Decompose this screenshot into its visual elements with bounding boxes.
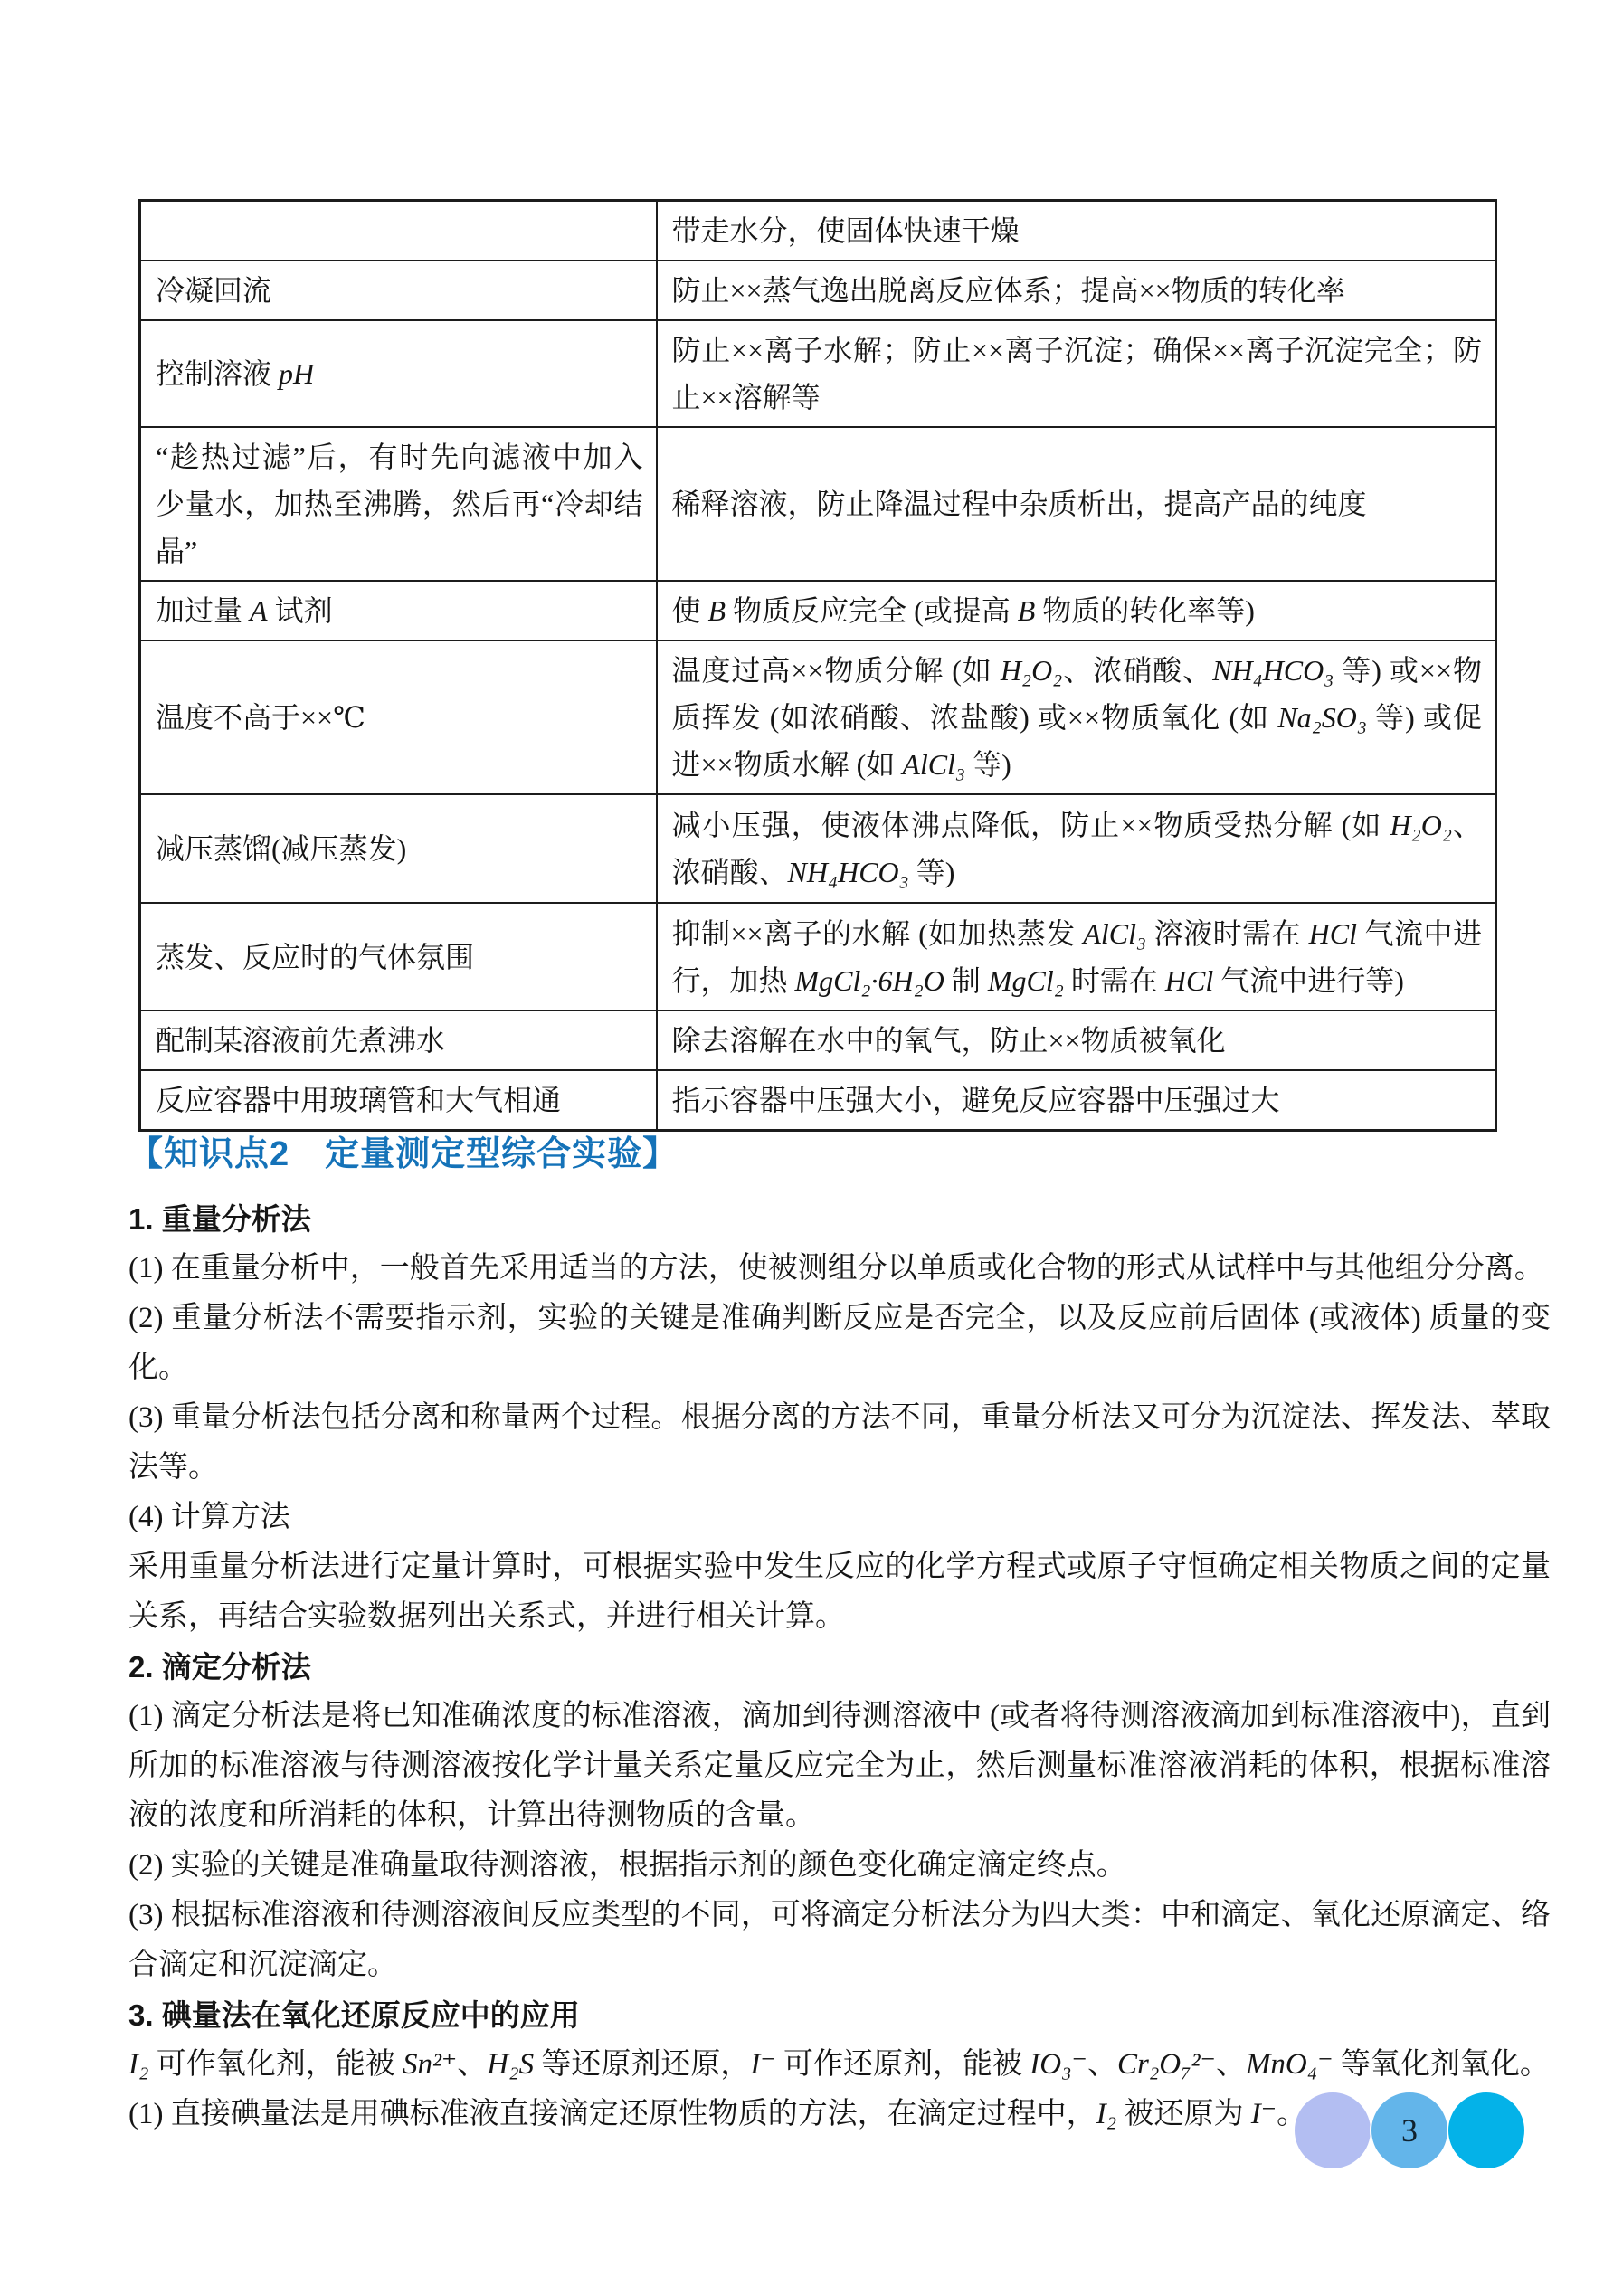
paragraph: 采用重量分析法进行定量计算时，可根据实验中发生反应的化学方程式或原子守恒确定相关… xyxy=(128,1542,1551,1642)
paragraph: (2) 实验的关键是准确量取待测溶液，根据指示剂的颜色变化确定滴定终点。 xyxy=(128,1841,1551,1891)
cell-purpose: 指示容器中压强大小，避免反应容器中压强过大 xyxy=(657,1070,1496,1131)
page-number-badge: 3 xyxy=(1370,2091,1449,2170)
paragraph: (1) 在重量分析中，一般首先采用适当的方法，使被测组分以单质或化合物的形式从试… xyxy=(128,1244,1551,1294)
footer-decor-circle-right xyxy=(1447,2091,1526,2170)
cell-operation: 减压蒸馏(减压蒸发) xyxy=(140,794,657,903)
cell-purpose: 使 B 物质反应完全 (或提高 B 物质的转化率等) xyxy=(657,581,1496,640)
page-footer: 3 xyxy=(1293,2091,1526,2170)
paragraph: (4) 计算方法 xyxy=(128,1493,1551,1542)
table-row: 反应容器中用玻璃管和大气相通 指示容器中压强大小，避免反应容器中压强过大 xyxy=(140,1070,1496,1131)
paragraph: (1) 滴定分析法是将已知准确浓度的标准溶液，滴加到待测溶液中 (或者将待测溶液… xyxy=(128,1692,1551,1841)
procedure-purpose-table: 带走水分，使固体快速干燥 冷凝回流 防止××蒸气逸出脱离反应体系；提高××物质的… xyxy=(138,199,1497,1132)
table-row: 温度不高于××℃ 温度过高××物质分解 (如 H₂O₂、浓硝酸、NH₄HCO₃ … xyxy=(140,640,1496,794)
cell-purpose: 带走水分，使固体快速干燥 xyxy=(657,201,1496,261)
paragraph: I₂ 可作氧化剂，能被 Sn²⁺、H₂S 等还原剂还原，I⁻ 可作还原剂，能被 … xyxy=(128,2040,1551,2090)
table-row: 冷凝回流 防止××蒸气逸出脱离反应体系；提高××物质的转化率 xyxy=(140,261,1496,320)
cell-operation: 配制某溶液前先煮沸水 xyxy=(140,1010,657,1070)
cell-purpose: 温度过高××物质分解 (如 H₂O₂、浓硝酸、NH₄HCO₃ 等) 或××物质挥… xyxy=(657,640,1496,794)
table-row: 加过量 A 试剂 使 B 物质反应完全 (或提高 B 物质的转化率等) xyxy=(140,581,1496,640)
cell-operation: 加过量 A 试剂 xyxy=(140,581,657,640)
cell-operation: “趁热过滤”后，有时先向滤液中加入少量水，加热至沸腾，然后再“冷却结晶” xyxy=(140,427,657,581)
table-row: 蒸发、反应时的气体氛围 抑制××离子的水解 (如加热蒸发 AlCl₃ 溶液时需在… xyxy=(140,903,1496,1010)
cell-purpose: 防止××离子水解；防止××离子沉淀；确保××离子沉淀完全；防止××溶解等 xyxy=(657,320,1496,427)
cell-operation: 温度不高于××℃ xyxy=(140,640,657,794)
cell-operation: 冷凝回流 xyxy=(140,261,657,320)
cell-purpose: 防止××蒸气逸出脱离反应体系；提高××物质的转化率 xyxy=(657,261,1496,320)
subsection-title-gravimetric: 1. 重量分析法 xyxy=(128,1194,1551,1244)
document-page: { "page": { "background": "#ffffff", "te… xyxy=(0,0,1623,2296)
table-row: 减压蒸馏(减压蒸发) 减小压强，使液体沸点降低，防止××物质受热分解 (如 H₂… xyxy=(140,794,1496,903)
subsection-title-iodometry: 3. 碘量法在氧化还原反应中的应用 xyxy=(128,1990,1551,2040)
paragraph: (3) 根据标准溶液和待测溶液间反应类型的不同，可将滴定分析法分为四大类：中和滴… xyxy=(128,1891,1551,1990)
cell-purpose: 稀释溶液，防止降温过程中杂质析出，提高产品的纯度 xyxy=(657,427,1496,581)
cell-operation xyxy=(140,201,657,261)
body-content: 1. 重量分析法 (1) 在重量分析中，一般首先采用适当的方法，使被测组分以单质… xyxy=(128,1194,1551,2139)
page-number: 3 xyxy=(1401,2111,1418,2149)
cell-purpose: 抑制××离子的水解 (如加热蒸发 AlCl₃ 溶液时需在 HCl 气流中进行，加… xyxy=(657,903,1496,1010)
table-row: 带走水分，使固体快速干燥 xyxy=(140,201,1496,261)
subsection-title-titration: 2. 滴定分析法 xyxy=(128,1642,1551,1692)
table-row: 配制某溶液前先煮沸水 除去溶解在水中的氧气，防止××物质被氧化 xyxy=(140,1010,1496,1070)
cell-purpose: 除去溶解在水中的氧气，防止××物质被氧化 xyxy=(657,1010,1496,1070)
cell-operation: 蒸发、反应时的气体氛围 xyxy=(140,903,657,1010)
cell-purpose: 减小压强，使液体沸点降低，防止××物质受热分解 (如 H₂O₂、浓硝酸、NH₄H… xyxy=(657,794,1496,903)
paragraph: (3) 重量分析法包括分离和称量两个过程。根据分离的方法不同，重量分析法又可分为… xyxy=(128,1393,1551,1493)
cell-operation: 反应容器中用玻璃管和大气相通 xyxy=(140,1070,657,1131)
table-row: “趁热过滤”后，有时先向滤液中加入少量水，加热至沸腾，然后再“冷却结晶” 稀释溶… xyxy=(140,427,1496,581)
table-row: 控制溶液 pH 防止××离子水解；防止××离子沉淀；确保××离子沉淀完全；防止×… xyxy=(140,320,1496,427)
knowledge-point-heading: 【知识点2 定量测定型综合实验】 xyxy=(128,1125,678,1175)
paragraph: (2) 重量分析法不需要指示剂，实验的关键是准确判断反应是否完全，以及反应前后固… xyxy=(128,1294,1551,1393)
footer-decor-circle-left xyxy=(1293,2091,1372,2170)
cell-operation: 控制溶液 pH xyxy=(140,320,657,427)
